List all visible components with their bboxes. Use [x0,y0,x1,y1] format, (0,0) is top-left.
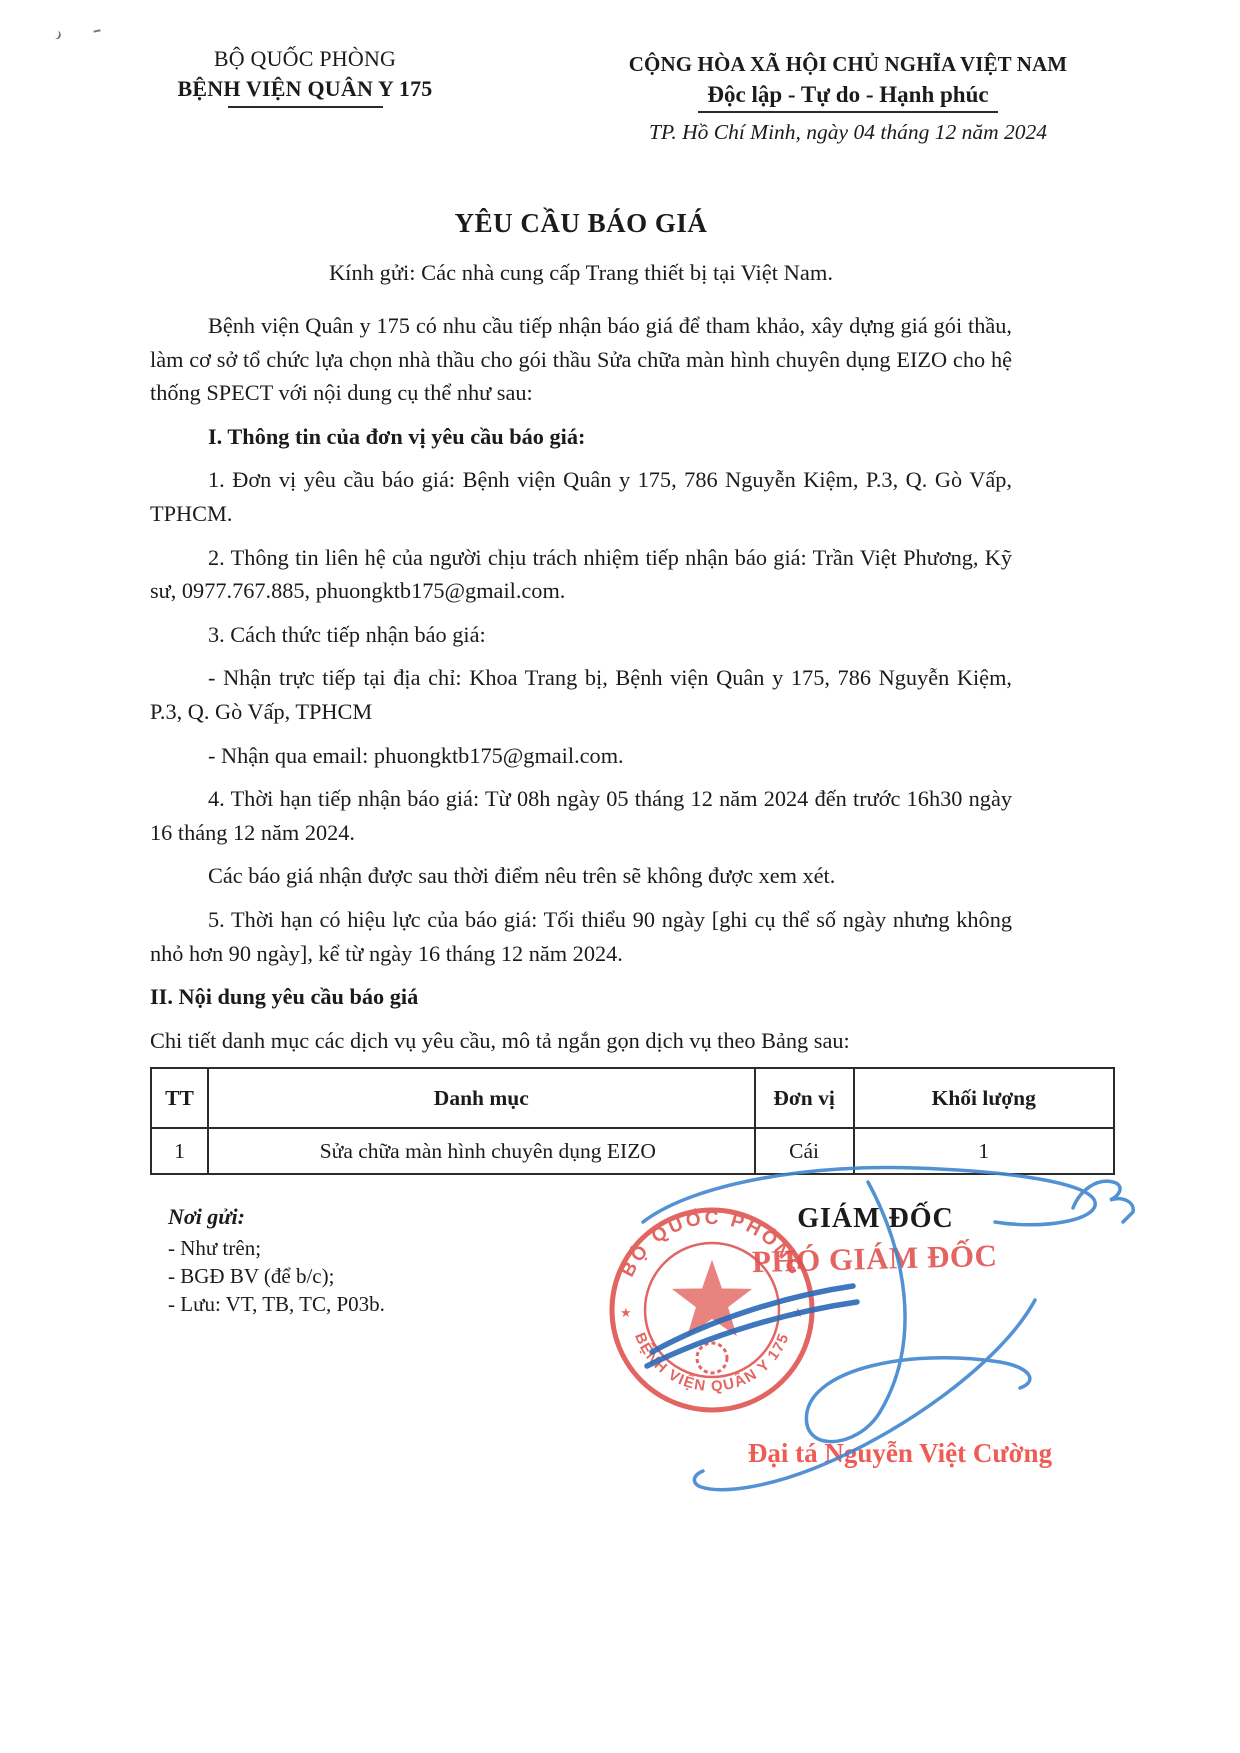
document-body: Bệnh viện Quân y 175 có nhu cầu tiếp nhậ… [150,309,1115,1057]
pen-mark [92,24,100,32]
signature-stroke [652,1286,853,1352]
contact-person-item: 2. Thông tin liên hệ của người chịu trác… [150,541,1012,608]
issuing-org-block: BỘ QUỐC PHÒNG BỆNH VIỆN QUÂN Y 175 [140,46,470,108]
contact-unit-item: 1. Đơn vị yêu cầu báo giá: Bệnh viện Quâ… [150,463,1012,530]
table-intro: Chi tiết danh mục các dịch vụ yêu cầu, m… [150,1024,1012,1058]
section-1-heading: I. Thông tin của đơn vị yêu cầu báo giá: [150,420,1012,454]
recipients-block: Nơi gửi: - Như trên; - BGĐ BV (để b/c); … [168,1203,385,1318]
cell-tt: 1 [151,1128,208,1174]
org-parent-name: BỘ QUỐC PHÒNG [140,46,470,72]
recipient-item: - BGĐ BV (để b/c); [168,1262,385,1290]
recipient-item: - Như trên; [168,1234,385,1262]
validity-item: 5. Thời hạn có hiệu lực của báo giá: Tối… [150,903,1012,970]
reception-email-item: - Nhận qua email: phuongktb175@gmail.com… [150,739,1012,773]
table-header-tt: TT [151,1068,208,1128]
motto-underline [698,111,998,113]
section-2-heading: II. Nội dung yêu cầu báo giá [150,980,1012,1014]
table-header-row: TT Danh mục Đơn vị Khối lượng [151,1068,1114,1128]
pen-mark [49,28,62,40]
salutation: Kính gửi: Các nhà cung cấp Trang thiết b… [150,260,1012,286]
document-content: YÊU CẦU BÁO GIÁ Kính gửi: Các nhà cung c… [150,208,1115,1175]
national-motto: Độc lập - Tự do - Hạnh phúc [598,82,1098,108]
national-title: CỘNG HÒA XÃ HỘI CHỦ NGHĨA VIỆT NAM [598,52,1098,77]
date-line: TP. Hồ Chí Minh, ngày 04 tháng 12 năm 20… [598,120,1098,145]
document-title: YÊU CẦU BÁO GIÁ [150,208,1012,239]
late-quote-note: Các báo giá nhận được sau thời điểm nêu … [150,859,1012,893]
org-underline [228,106,383,108]
handwritten-signature [575,1160,1145,1510]
signature-stroke [643,1167,1095,1224]
reception-method-item: 3. Cách thức tiếp nhận báo giá: [150,618,1012,652]
table-header-don-vi: Đơn vị [755,1068,854,1128]
national-header-block: CỘNG HÒA XÃ HỘI CHỦ NGHĨA VIỆT NAM Độc l… [598,52,1098,145]
table-header-khoi-luong: Khối lượng [854,1068,1114,1128]
org-name: BỆNH VIỆN QUÂN Y 175 [140,76,470,102]
recipients-heading: Nơi gửi: [168,1203,385,1231]
deadline-item: 4. Thời hạn tiếp nhận báo giá: Từ 08h ng… [150,782,1012,849]
reception-direct-item: - Nhận trực tiếp tại địa chỉ: Khoa Trang… [150,661,1012,728]
recipient-item: - Lưu: VT, TB, TC, P03b. [168,1290,385,1318]
intro-paragraph: Bệnh viện Quân y 175 có nhu cầu tiếp nhậ… [150,309,1012,410]
document-page: BỘ QUỐC PHÒNG BỆNH VIỆN QUÂN Y 175 CỘNG … [0,0,1240,1753]
table-header-danh-muc: Danh mục [208,1068,755,1128]
